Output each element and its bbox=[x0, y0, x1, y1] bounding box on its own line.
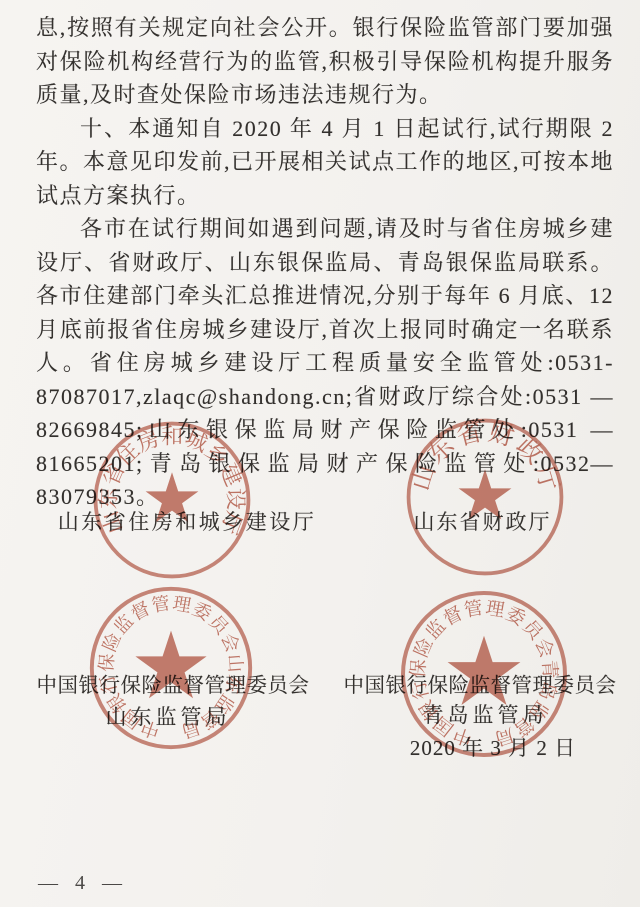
official-seal-housing-icon: 山东省住房和城乡建设厅 bbox=[88, 416, 256, 584]
official-seal-finance-icon: 山东省财政厅 bbox=[400, 413, 570, 581]
paragraph-continued: 息,按照有关规定向社会公开。银行保险监管部门要加强对保险机构经营行为的监管,积极… bbox=[36, 11, 614, 112]
document-page: 息,按照有关规定向社会公开。银行保险监管部门要加强对保险机构经营行为的监管,积极… bbox=[0, 0, 640, 907]
page-number: — 4 — bbox=[38, 872, 128, 895]
paragraph-article-ten: 十、本通知自 2020 年 4 月 1 日起试行,试行期限 2 年。本意见印发前… bbox=[36, 112, 614, 213]
official-seal-cbirc-qingdao-icon: 中国银行保险监督管理委员会青岛监管局 bbox=[395, 585, 573, 763]
official-seal-cbirc-shandong-icon: 中国银行保险监督管理委员会山东监管局 bbox=[84, 581, 258, 755]
